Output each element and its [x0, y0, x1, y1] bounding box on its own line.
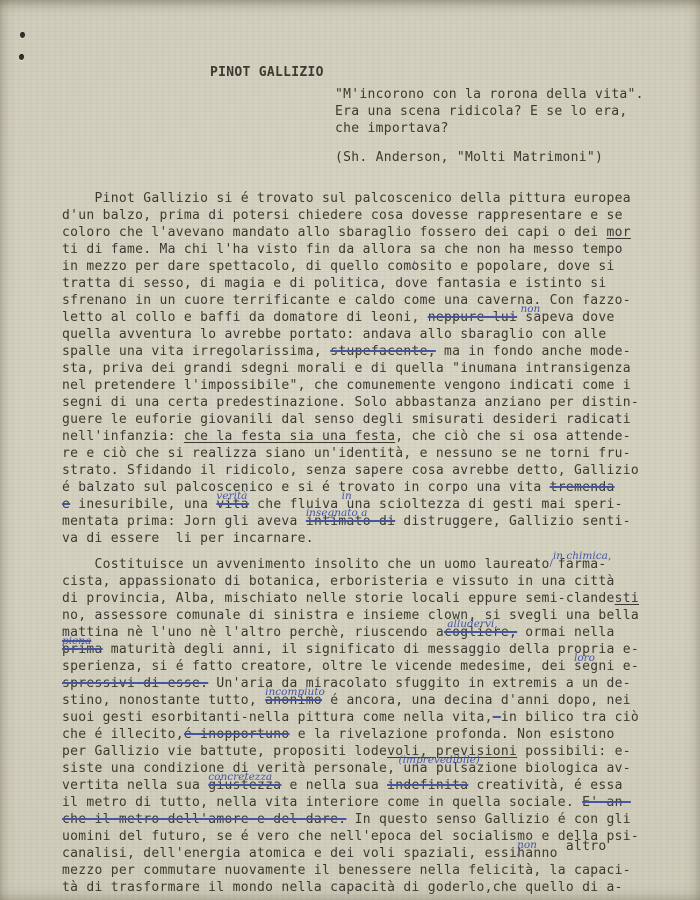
struck-text: tremenda: [550, 480, 615, 495]
quote-attribution: (Sh. Anderson, "Molti Matrimoni"): [335, 149, 662, 166]
struck-text: spressivi di esse.: [62, 676, 208, 691]
struck-text: -: [493, 710, 501, 725]
typed-text: per Gallizio vie battute, propositi lode: [62, 744, 387, 759]
underlined-text: sti: [615, 591, 639, 606]
typed-text: segni di una certa predestinazione. Solo…: [62, 395, 639, 410]
struck-text: stupefacente,: [330, 344, 436, 359]
struck-text: E' an-: [582, 795, 631, 810]
typed-line: quella avventura lo avrebbe portato: and…: [62, 326, 662, 343]
typed-text: é ancora, una decina d'anni dopo, nei: [322, 693, 631, 708]
typed-text: é balzato sul palcoscenico e si é trovat…: [62, 480, 550, 495]
typed-line: siste una condizione di verità personale…: [62, 760, 662, 777]
struck-text: che il metro dell'amore e del dare.: [62, 812, 346, 827]
typed-line: nell'infanzia: che la festa sia una fest…: [62, 428, 662, 445]
typed-text: d'un balzo, prima di potersi chiedere co…: [62, 208, 623, 223]
typed-text: letto al collo e baffi da domatore di le…: [62, 310, 428, 325]
typed-line: tratta di sesso, di magia e di politica,…: [62, 275, 662, 292]
typed-line: guere le euforie giovanili dal senso deg…: [62, 411, 662, 428]
typed-text: e la rivelazione profonda. Non esistono: [290, 727, 615, 742]
typed-text: quella avventura lo avrebbe portato: and…: [62, 327, 607, 342]
typed-text: osito e popolare, dove si: [411, 259, 614, 274]
typed-text: suoi gesti esorbitanti-nella pittura com…: [62, 710, 493, 725]
quote-line: che importava?: [335, 120, 662, 137]
typed-line: mattina nè l'uno nè l'altro perchè, rius…: [62, 624, 662, 641]
typed-text: sta, priva dei grandi sdegni morali e di…: [62, 361, 631, 376]
typed-line: coloro che l'avevano mandato allo sbarag…: [62, 224, 662, 241]
typed-line: va di essere li per incarnare.: [62, 530, 662, 547]
page-title: PINOT GALLIZIO: [210, 64, 662, 81]
typed-text: vertita nella sua: [62, 778, 208, 793]
typed-text: inesuribile, una: [70, 497, 216, 512]
typed-text: coloro che l'avevano mandato allo sbarag…: [62, 225, 607, 240]
struck-text: neppure lui: [428, 310, 517, 325]
typed-text: nell'infanzia:: [62, 429, 184, 444]
typed-line: sta, priva dei grandi sdegni morali e di…: [62, 360, 662, 377]
typed-line: che é illecito,é inopportuno e la rivela…: [62, 726, 662, 743]
typed-text: e nella sua: [281, 778, 387, 793]
typed-text: mentata prima: Jorn gli aveva: [62, 514, 306, 529]
typed-text: maturità degli anni, il significato di m…: [103, 642, 639, 657]
typed-line: canalisi, dell'energia atomica e dei vol…: [62, 845, 662, 862]
typed-line: re e ciò che si realizza siano un'identi…: [62, 445, 662, 462]
typed-line: tà di trasformare il mondo nella capacit…: [62, 879, 662, 896]
typed-text: strato. Sfidando il ridicolo, senza sape…: [62, 463, 639, 478]
typed-line: Costituisce un avvenimento insolito che …: [62, 556, 662, 573]
typed-text: sperienza, si é fatto creatore, oltre le…: [62, 659, 574, 674]
typed-line: pienaprima maturità degli anni, il signi…: [62, 641, 662, 658]
typed-line: Pinot Gallizio si é trovato sul palcosce…: [62, 190, 662, 207]
typed-text: tà di trasformare il mondo nella capacit…: [62, 880, 623, 895]
typed-text: di provincia, Alba, mischiato nelle stor…: [62, 591, 615, 606]
typed-line: d'un balzo, prima di potersi chiedere co…: [62, 207, 662, 224]
typed-text: sfrenano in un cuore terrificante e cald…: [62, 293, 631, 308]
typed-text: creatività, é essa: [468, 778, 622, 793]
underlined-text: mor: [607, 225, 631, 240]
typed-line: mezzo per commutare nuovamente il beness…: [62, 862, 662, 879]
typed-line: nel pretendere l'impossibile", che comun…: [62, 377, 662, 394]
struck-text: indefinita: [387, 778, 468, 793]
typed-line: sperienza, si é fatto creatore, oltre le…: [62, 658, 662, 675]
typed-text: nel pretendere l'impossibile", che comun…: [62, 378, 631, 393]
document-body: Pinot Gallizio si é trovato sul palcosce…: [62, 190, 662, 896]
typed-text: canalisi, dell'energia atomica e dei vol…: [62, 846, 517, 861]
typed-text: In questo senso Gallizio é con gli: [346, 812, 630, 827]
struck-text: e: [62, 497, 70, 512]
typed-line: cista, appassionato di botanica, erboris…: [62, 573, 662, 590]
scanned-typescript-page: PINOT GALLIZIO "M'incorono con la rorona…: [0, 0, 700, 900]
paragraph: Costituisce un avvenimento insolito che …: [62, 556, 662, 896]
typed-text: distruggere, Gallizio senti-: [395, 514, 631, 529]
typed-line: sfrenano in un cuore terrificante e cald…: [62, 292, 662, 309]
typed-line: stino, nonostante tutto, incompiutoanoni…: [62, 692, 662, 709]
typed-text: uomini del futuro, se é vero che nell'ep…: [62, 829, 639, 844]
typed-line: di provincia, Alba, mischiato nelle stor…: [62, 590, 662, 607]
underlined-text: che la festa sia una festa: [184, 429, 395, 444]
typed-text: guere le euforie giovanili dal senso deg…: [62, 412, 631, 427]
epigraph-quote: "M'incorono con la rorona della vita". E…: [335, 86, 662, 137]
typed-text: mattina nè l'uno nè l'altro perchè, rius…: [62, 625, 444, 640]
typed-text: in mezzo per dare spettacolo, di quello …: [62, 259, 411, 274]
typed-text: ma in fondo anche mode-: [436, 344, 631, 359]
typed-text: ti di fame. Ma chi l'ha visto fin da all…: [62, 242, 623, 257]
typed-line: mentata prima: Jorn gli aveva insegnato …: [62, 513, 662, 530]
staple-hole-top: [20, 32, 25, 38]
quote-line: Era una scena ridicola? E se lo era,: [335, 103, 662, 120]
typed-line: spalle una vita irregolarissima, stupefa…: [62, 343, 662, 360]
typed-text: no, assessore comunale di sinistra e ins…: [62, 608, 639, 623]
typed-text: il metro di tutto, nella vita interiore …: [62, 795, 582, 810]
typed-text: mezzo per commutare nuovamente il beness…: [62, 863, 631, 878]
staple-hole-bottom: [19, 54, 25, 61]
typed-text: tratta di sesso, di magia e di politica,…: [62, 276, 607, 291]
typed-text: in bilico tra ciò: [501, 710, 639, 725]
typed-text: ormai nella: [517, 625, 615, 640]
typed-line: é balzato sul palcoscenico e si é trovat…: [62, 479, 662, 496]
typed-line: il metro di tutto, nella vita interiore …: [62, 794, 662, 811]
quote-line: "M'incorono con la rorona della vita".: [335, 86, 662, 103]
typed-text: altro: [558, 838, 607, 855]
typed-text: Pinot Gallizio si é trovato sul palcosce…: [62, 191, 631, 206]
typed-line: no, assessore comunale di sinistra e ins…: [62, 607, 662, 624]
typed-line: letto al collo e baffi da domatore di le…: [62, 309, 662, 326]
typed-text: che é illecito,: [62, 727, 184, 742]
typed-text: re e ciò che si realizza siano un'identi…: [62, 446, 631, 461]
typed-text: va di essere li per incarnare.: [62, 531, 314, 546]
typed-text: Costituisce un avvenimento insolito che …: [62, 557, 550, 572]
typed-text: possibili: e-: [517, 744, 631, 759]
typed-line: segni di una certa predestinazione. Solo…: [62, 394, 662, 411]
typed-line: strato. Sfidando il ridicolo, senza sape…: [62, 462, 662, 479]
typed-line: spressivi di esse. Un'aria da miracolato…: [62, 675, 662, 692]
typed-text: stino, nonostante tutto,: [62, 693, 265, 708]
typed-text: spalle una vita irregolarissima,: [62, 344, 330, 359]
typed-text: , che ciò che si osa attende-: [395, 429, 631, 444]
paragraph: Pinot Gallizio si é trovato sul palcosce…: [62, 190, 662, 547]
typed-line: in mezzo per dare spettacolo, di quello …: [62, 258, 662, 275]
typed-line: che il metro dell'amore e del dare. In q…: [62, 811, 662, 828]
typed-line: ti di fame. Ma chi l'ha visto fin da all…: [62, 241, 662, 258]
typed-text: cista, appassionato di botanica, erboris…: [62, 574, 615, 589]
typed-line: suoi gesti esorbitanti-nella pittura com…: [62, 709, 662, 726]
typed-line: per Gallizio vie battute, propositi lode…: [62, 743, 662, 760]
typed-line: vertita nella sua concretezzagiustezza e…: [62, 777, 662, 794]
document: PINOT GALLIZIO "M'incorono con la rorona…: [62, 0, 662, 896]
typed-text: una scioltezza di gesti mai speri-: [338, 497, 622, 512]
struck-text: é inopportuno: [184, 727, 290, 742]
